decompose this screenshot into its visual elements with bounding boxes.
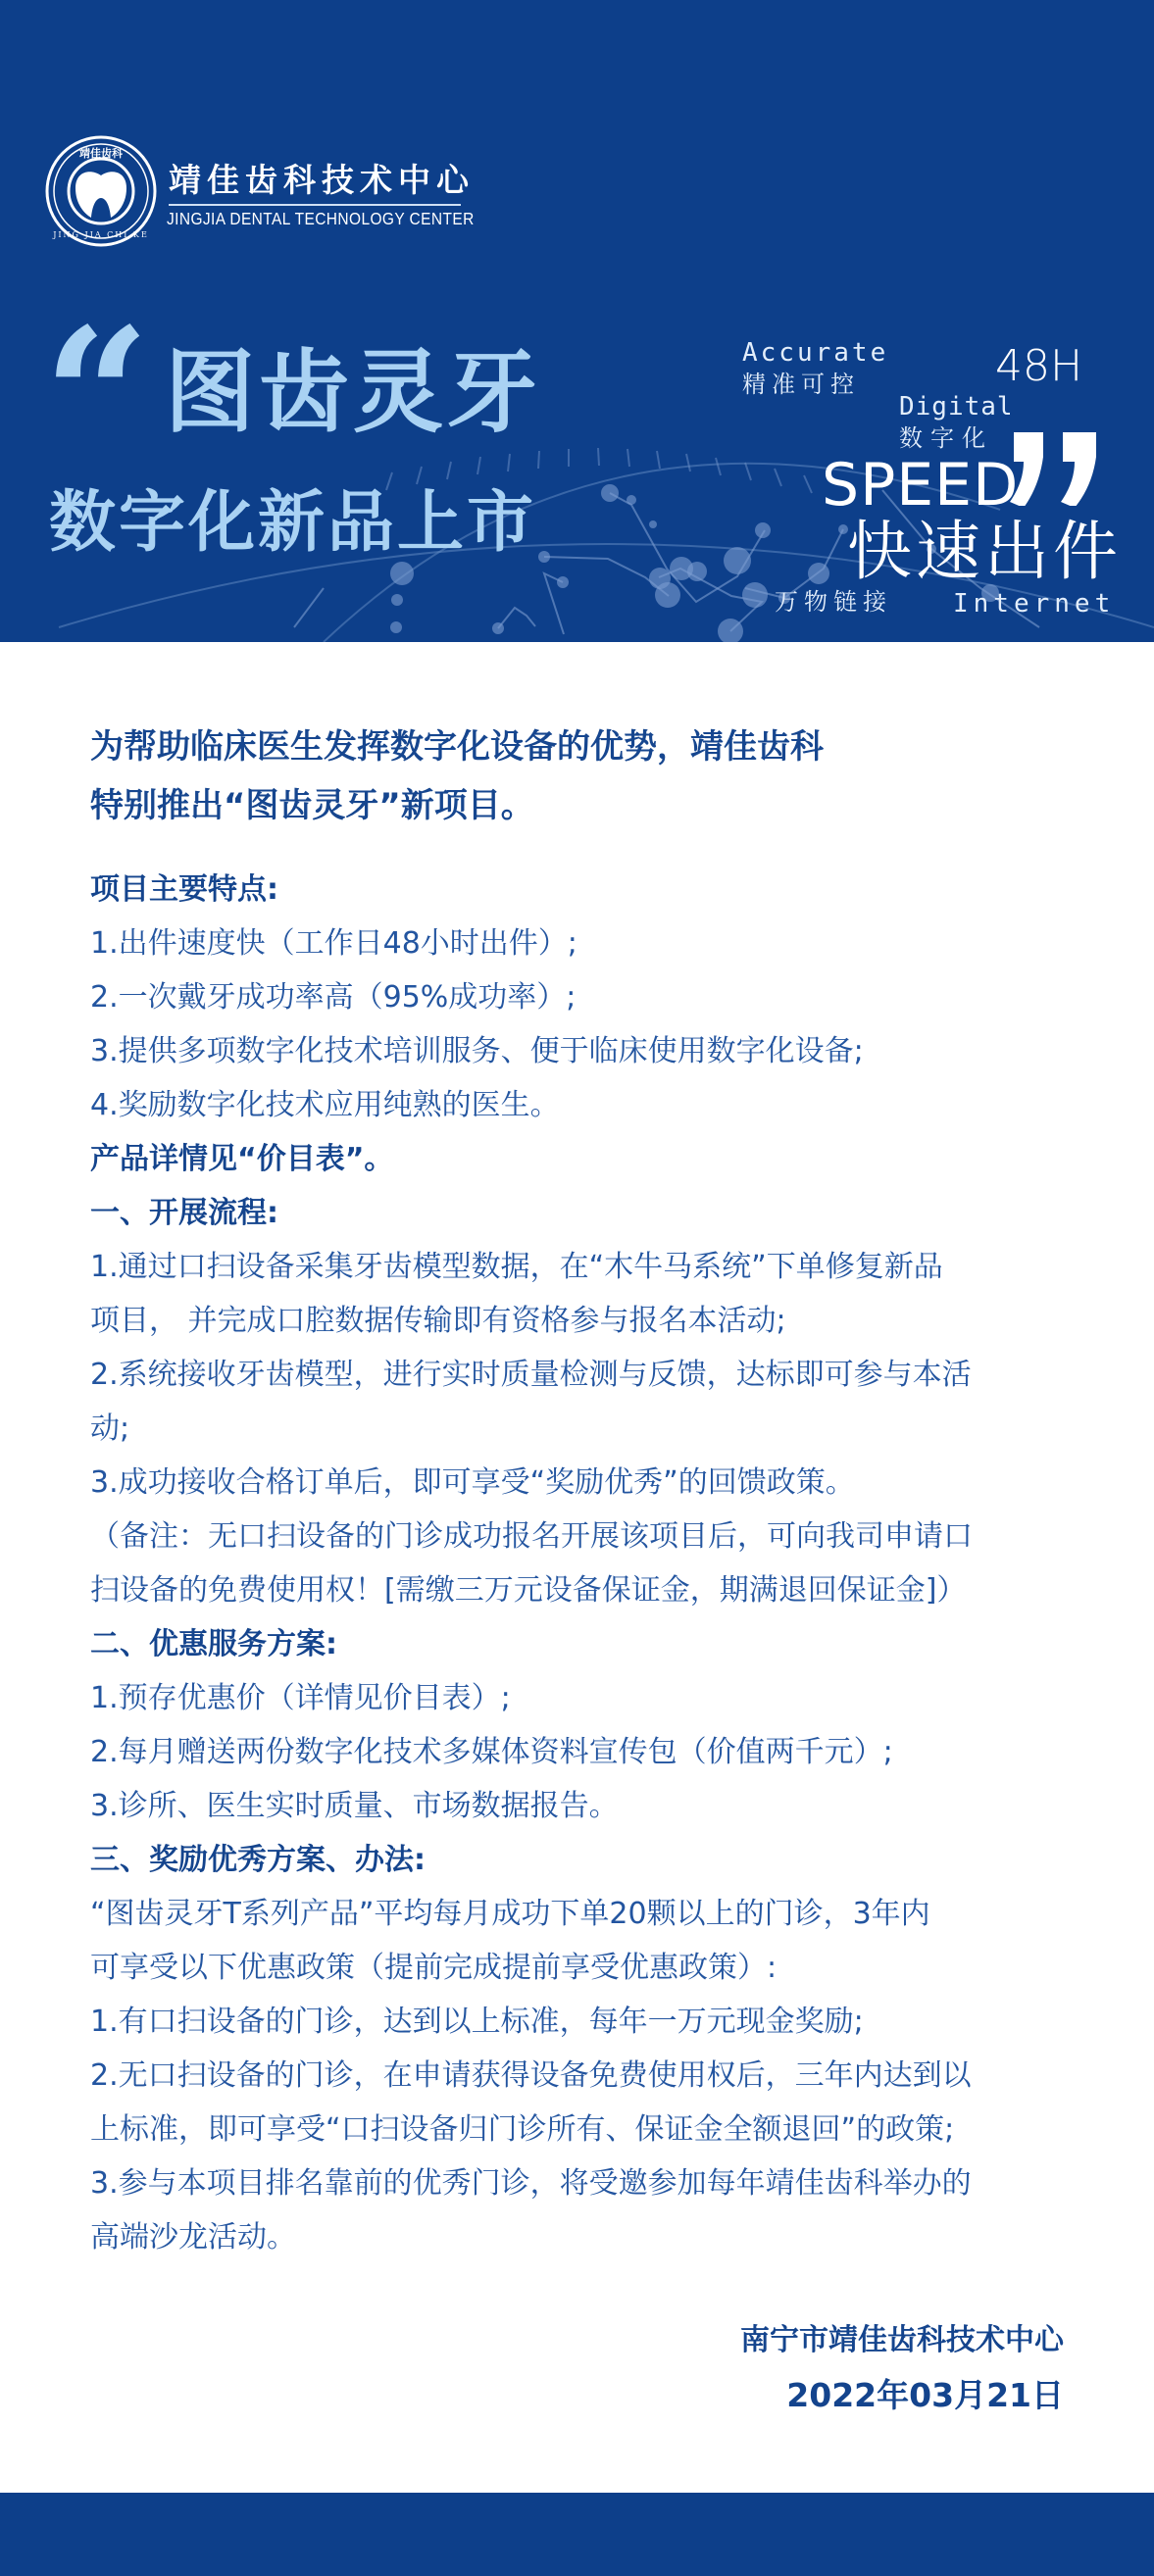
body-line: 2.一次戴牙成功率高（95%成功率）;	[90, 970, 1071, 1024]
svg-text:JING JIA CHI KE: JING JIA CHI KE	[52, 230, 149, 239]
body-line: 2.每月赠送两份数字化技术多媒体资料宣传包（价值两千元）;	[90, 1725, 1071, 1779]
intro-line-1: 为帮助临床医生发挥数字化设备的优势，靖佳齿科	[90, 727, 824, 767]
body-line: 高端沙龙活动。	[90, 2210, 1071, 2264]
announcement-body: 为帮助临床医生发挥数字化设备的优势，靖佳齿科 特别推出“图齿灵牙”新项目。 项目…	[90, 718, 1071, 2264]
svg-text:靖佳齿科: 靖佳齿科	[79, 146, 124, 160]
body-line: 扫设备的免费使用权！[需缴三万元设备保证金，期满退回保证金]）	[90, 1563, 1071, 1617]
body-line: 1.有口扫设备的门诊，达到以上标准，每年一万元现金奖励;	[90, 1995, 1071, 2049]
section-heading: 产品详情见“价目表”。	[90, 1132, 1071, 1186]
body-lines: 项目主要特点:1.出件速度快（工作日48小时出件）;2.一次戴牙成功率高（95%…	[90, 863, 1071, 2264]
tagline-speed-en: SPEED	[822, 456, 1019, 515]
signature-organization: 南宁市靖佳齿科技术中心	[740, 2313, 1064, 2368]
tooth-badge-icon: 靖佳齿科 JING JIA CHI KE	[45, 135, 157, 247]
body-line: “图齿灵牙T系列产品”平均每月成功下单20颗以上的门诊，3年内	[90, 1887, 1071, 1941]
body-line: 4.奖励数字化技术应用纯熟的医生。	[90, 1078, 1071, 1132]
tagline-accurate-cn: 精准可控	[742, 372, 860, 396]
body-line: 2.无口扫设备的门诊，在申请获得设备免费使用权后，三年内达到以	[90, 2049, 1071, 2103]
body-line: 3.诊所、医生实时质量、市场数据报告。	[90, 1779, 1071, 1833]
company-name-en: JINGJIA DENTAL TECHNOLOGY CENTER	[167, 210, 475, 230]
tagline-accurate-en: Accurate	[742, 340, 888, 366]
tagline-internet-en: Internet	[953, 591, 1115, 617]
body-line: 上标准，即可享受“口扫设备归门诊所有、保证金全额退回”的政策;	[90, 2103, 1071, 2156]
signature-block: 南宁市靖佳齿科技术中心 2022年03月21日	[740, 2313, 1064, 2423]
footer-band	[0, 2493, 1154, 2576]
tagline-iot-cn: 万物链接	[775, 590, 892, 614]
header-banner: 靖佳齿科 JING JIA CHI KE 靖佳齿科技术中心 JINGJIA DE…	[0, 0, 1154, 642]
intro-paragraph: 为帮助临床医生发挥数字化设备的优势，靖佳齿科 特别推出“图齿灵牙”新项目。	[90, 718, 1071, 835]
section-heading: 一、开展流程:	[90, 1186, 1071, 1240]
section-heading: 二、优惠服务方案:	[90, 1617, 1071, 1671]
body-line: 1.出件速度快（工作日48小时出件）;	[90, 916, 1071, 970]
tagline-digital-en: Digital	[899, 394, 1014, 420]
body-line: 2.系统接收牙齿模型，进行实时质量检测与反馈，达标即可参与本活	[90, 1348, 1071, 1402]
body-line: 3.成功接收合格订单后，即可享受“奖励优秀”的回馈政策。	[90, 1456, 1071, 1510]
close-quote-mark-icon	[1006, 339, 1104, 506]
body-line: 可享受以下优惠政策（提前完成提前享受优惠政策）:	[90, 1941, 1071, 1995]
signature-date: 2022年03月21日	[740, 2368, 1064, 2423]
tagline-digital-cn: 数字化	[899, 426, 993, 450]
product-title: 图齿灵牙	[165, 348, 541, 438]
body-line: 1.预存优惠价（详情见价目表）;	[90, 1671, 1071, 1725]
section-heading: 项目主要特点:	[90, 863, 1071, 916]
tagline-speed-cn: 快速出件	[847, 520, 1122, 584]
open-quote-mark: “	[43, 304, 150, 490]
body-line: 1.通过口扫设备采集牙齿模型数据，在“木牛马系统”下单修复新品	[90, 1240, 1071, 1294]
body-line: 动;	[90, 1402, 1071, 1456]
company-name-cn: 靖佳齿科技术中心	[169, 155, 475, 201]
section-heading: 三、奖励优秀方案、办法:	[90, 1833, 1071, 1887]
body-line: （备注：无口扫设备的门诊成功报名开展该项目后，可向我司申请口	[90, 1510, 1071, 1563]
intro-line-2: 特别推出“图齿灵牙”新项目。	[90, 786, 534, 825]
body-line: 3.参与本项目排名靠前的优秀门诊，将受邀参加每年靖佳齿科举办的	[90, 2156, 1071, 2210]
logo-divider	[169, 204, 461, 206]
body-line: 3.提供多项数字化技术培训服务、便于临床使用数字化设备;	[90, 1024, 1071, 1078]
product-subtitle: 数字化新品上市	[49, 490, 536, 557]
body-line: 项目， 并完成口腔数据传输即有资格参与报名本活动;	[90, 1294, 1071, 1348]
